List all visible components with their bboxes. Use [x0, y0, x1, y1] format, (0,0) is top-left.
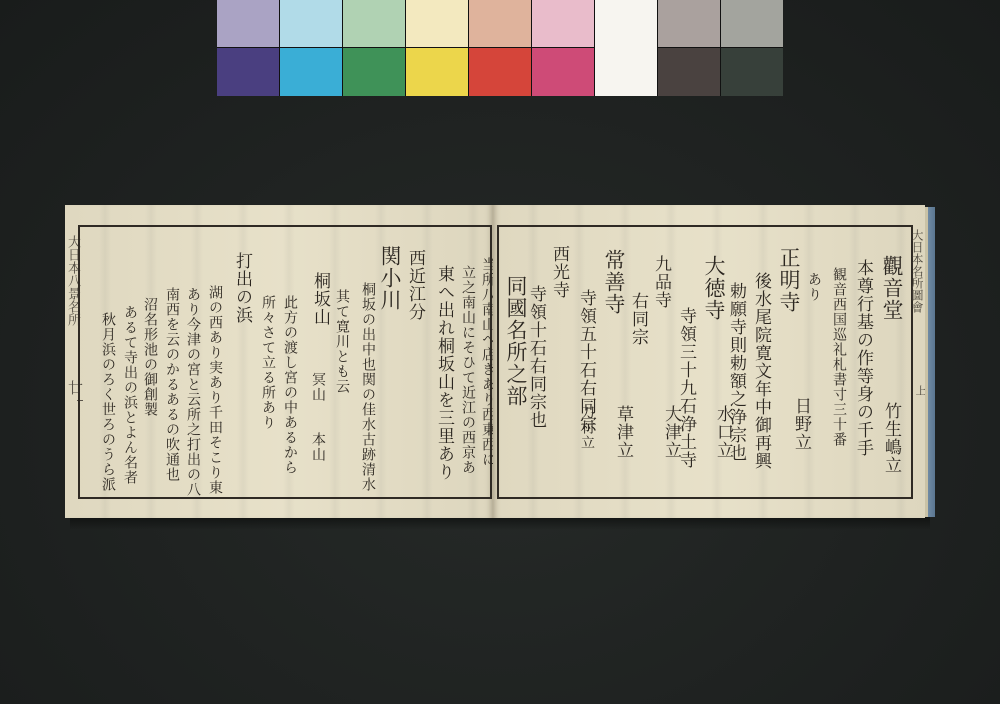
right-text-column: 竹生嶋立	[879, 402, 904, 474]
color-patch-top-7	[595, 0, 657, 96]
left-text-column: 秋月浜のろく世ろのうら派	[98, 312, 118, 492]
color-patch-bottom-8	[658, 48, 720, 96]
color-patch-top-6	[532, 0, 594, 47]
blue-cover-edge	[925, 207, 935, 517]
color-patch-bottom-6	[532, 48, 594, 96]
right-text-column: 觀音堂	[877, 255, 907, 321]
left-text-column: 本山	[308, 432, 328, 462]
right-text-column: 同國名所之部	[501, 275, 531, 407]
left-text-column: 立之南山にそひて近江の西京あ	[458, 265, 478, 475]
color-patch-top-1	[217, 0, 279, 47]
color-patch-bottom-2	[280, 48, 342, 96]
left-text-column: あるて寺出の浜とよん名者	[120, 305, 140, 485]
right-text-column: あり	[804, 272, 824, 302]
right-text-column: 常善寺	[599, 249, 629, 315]
left-text-column: 所々さて立る所あり	[258, 295, 278, 430]
color-patch-bottom-5	[469, 48, 531, 96]
color-patch-top-4	[406, 0, 468, 47]
right-text-column: 九品寺	[649, 255, 674, 309]
right-text-column: 正明寺	[774, 247, 804, 313]
left-page-frame: 当所八南山へ店きあり西東西に立之南山にそひて近江の西京あ東へ出れ桐坂山を三里あり…	[78, 225, 492, 499]
left-text-column: 桐坂山	[308, 272, 333, 326]
right-text-column: 西光寺	[547, 245, 572, 299]
left-page: 大日本八景名所 廿 当所八南山へ店きあり西東西に立之南山にそひて近江の西京あ東へ…	[65, 205, 493, 518]
right-text-column: 右同宗	[626, 292, 651, 346]
left-text-column: 沼名形池の御創製	[140, 297, 160, 417]
left-text-column: 湖の西あり実あり千田そこり東	[205, 285, 225, 495]
right-text-column: 日野立	[789, 397, 814, 451]
color-patch-top-3	[343, 0, 405, 47]
right-text-column: 刀村立	[577, 405, 597, 450]
left-text-column: 西近江分	[403, 249, 428, 321]
color-patch-top-5	[469, 0, 531, 47]
left-text-column: 此方の渡し宮の中あるから	[280, 295, 300, 475]
color-patch-bottom-3	[343, 48, 405, 96]
right-margin-title: 大日本名所圖會	[909, 229, 926, 313]
right-text-column: 草津立	[611, 405, 636, 459]
color-patch-top-8	[658, 0, 720, 47]
right-text-column: 大徳寺	[699, 255, 729, 321]
right-page-frame: 觀音堂竹生嶋立本尊行基の作等身の千手観音西国巡礼札書寸三十番あり正明寺日野立後水…	[497, 225, 913, 499]
left-text-column: 冥山	[308, 372, 328, 402]
left-text-column: 其て寛川とも云	[332, 289, 352, 394]
color-calibration-target	[217, 0, 783, 96]
left-text-column: 東へ出れ桐坂山を三里あり	[432, 265, 457, 481]
left-text-column: 南西を云のかるあるの吹通也	[162, 287, 182, 482]
open-book: 大日本八景名所 廿 当所八南山へ店きあり西東西に立之南山にそひて近江の西京あ東へ…	[65, 205, 937, 520]
right-text-column: 大津立	[659, 405, 684, 459]
left-text-column: あり今津の宮と云所之打出の八	[183, 287, 203, 497]
color-patch-top-2	[280, 0, 342, 47]
left-text-column: 打出の浜	[230, 252, 255, 324]
color-patch-bottom-4	[406, 48, 468, 96]
color-patch-bottom-1	[217, 48, 279, 96]
color-patch-bottom-9	[721, 48, 783, 96]
right-text-column: 後水尾院寛文年中御再興	[749, 272, 774, 470]
right-text-column: 本尊行基の作等身の千手	[851, 259, 876, 457]
color-patch-top-9	[721, 0, 783, 47]
left-text-column: 関小川	[375, 245, 405, 311]
right-text-column: 観音西国巡礼札書寸三十番	[829, 267, 849, 447]
right-page: 觀音堂竹生嶋立本尊行基の作等身の千手観音西国巡礼札書寸三十番あり正明寺日野立後水…	[493, 205, 925, 518]
right-text-column: 水口立	[711, 405, 736, 459]
left-text-column: 桐坂の出中也関の佳水古跡清水	[358, 282, 378, 492]
